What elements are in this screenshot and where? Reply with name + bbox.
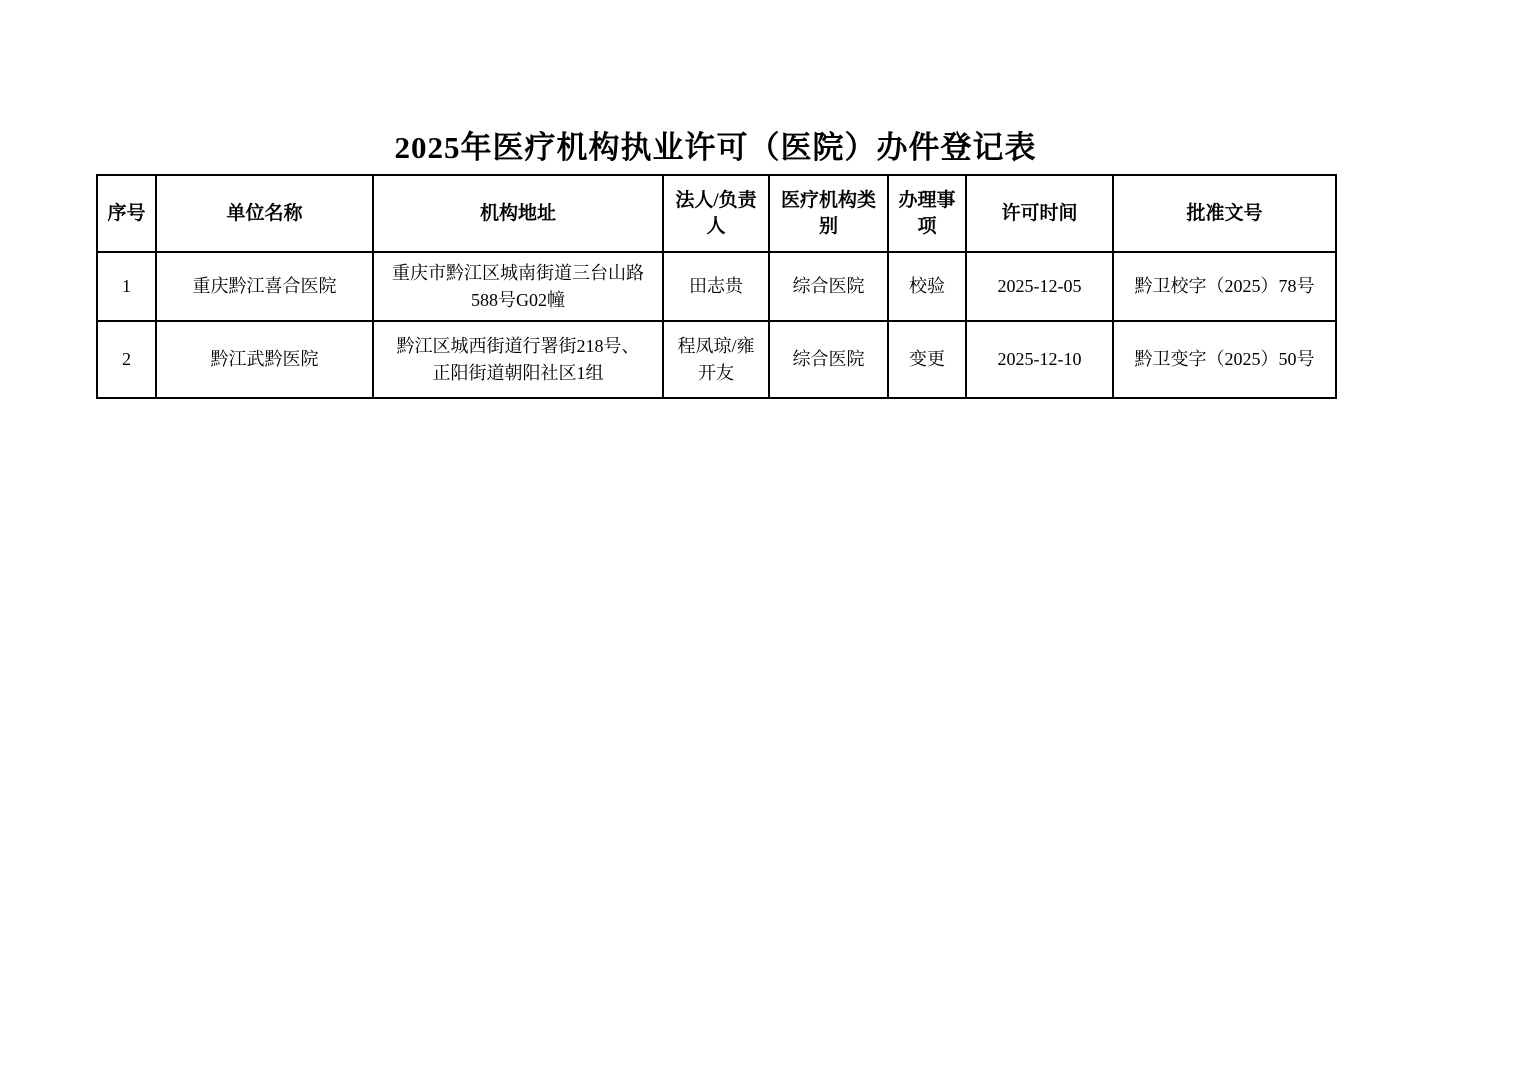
cell-serial-number: 1 — [97, 252, 156, 321]
cell-address: 黔江区城西街道行署街218号、正阳街道朝阳社区1组 — [373, 321, 663, 398]
cell-approval-number: 黔卫校字（2025）78号 — [1113, 252, 1336, 321]
col-header-serial-number: 序号 — [97, 175, 156, 252]
cell-unit-name: 重庆黔江喜合医院 — [156, 252, 373, 321]
cell-category: 综合医院 — [769, 321, 888, 398]
cell-legal-person: 田志贵 — [663, 252, 769, 321]
cell-matter: 校验 — [888, 252, 966, 321]
document-title: 2025年医疗机构执业许可（医院）办件登记表 — [96, 128, 1335, 168]
document-page: 2025年医疗机构执业许可（医院）办件登记表 序号 单位名称 机构地址 法人/负… — [0, 0, 1520, 1074]
col-header-permit-date: 许可时间 — [966, 175, 1113, 252]
col-header-matter: 办理事项 — [888, 175, 966, 252]
cell-serial-number: 2 — [97, 321, 156, 398]
cell-unit-name: 黔江武黔医院 — [156, 321, 373, 398]
cell-matter: 变更 — [888, 321, 966, 398]
table-row: 1 重庆黔江喜合医院 重庆市黔江区城南街道三台山路588号G02幢 田志贵 综合… — [97, 252, 1336, 321]
col-header-category: 医疗机构类别 — [769, 175, 888, 252]
col-header-address: 机构地址 — [373, 175, 663, 252]
table-header-row: 序号 单位名称 机构地址 法人/负责人 医疗机构类别 办理事项 许可时间 批准文… — [97, 175, 1336, 252]
cell-category: 综合医院 — [769, 252, 888, 321]
cell-address: 重庆市黔江区城南街道三台山路588号G02幢 — [373, 252, 663, 321]
col-header-approval-number: 批准文号 — [1113, 175, 1336, 252]
col-header-legal-person: 法人/负责人 — [663, 175, 769, 252]
cell-legal-person: 程凤琼/雍开友 — [663, 321, 769, 398]
table-row: 2 黔江武黔医院 黔江区城西街道行署街218号、正阳街道朝阳社区1组 程凤琼/雍… — [97, 321, 1336, 398]
cell-permit-date: 2025-12-10 — [966, 321, 1113, 398]
registration-table: 序号 单位名称 机构地址 法人/负责人 医疗机构类别 办理事项 许可时间 批准文… — [96, 174, 1337, 399]
cell-approval-number: 黔卫变字（2025）50号 — [1113, 321, 1336, 398]
cell-permit-date: 2025-12-05 — [966, 252, 1113, 321]
col-header-unit-name: 单位名称 — [156, 175, 373, 252]
